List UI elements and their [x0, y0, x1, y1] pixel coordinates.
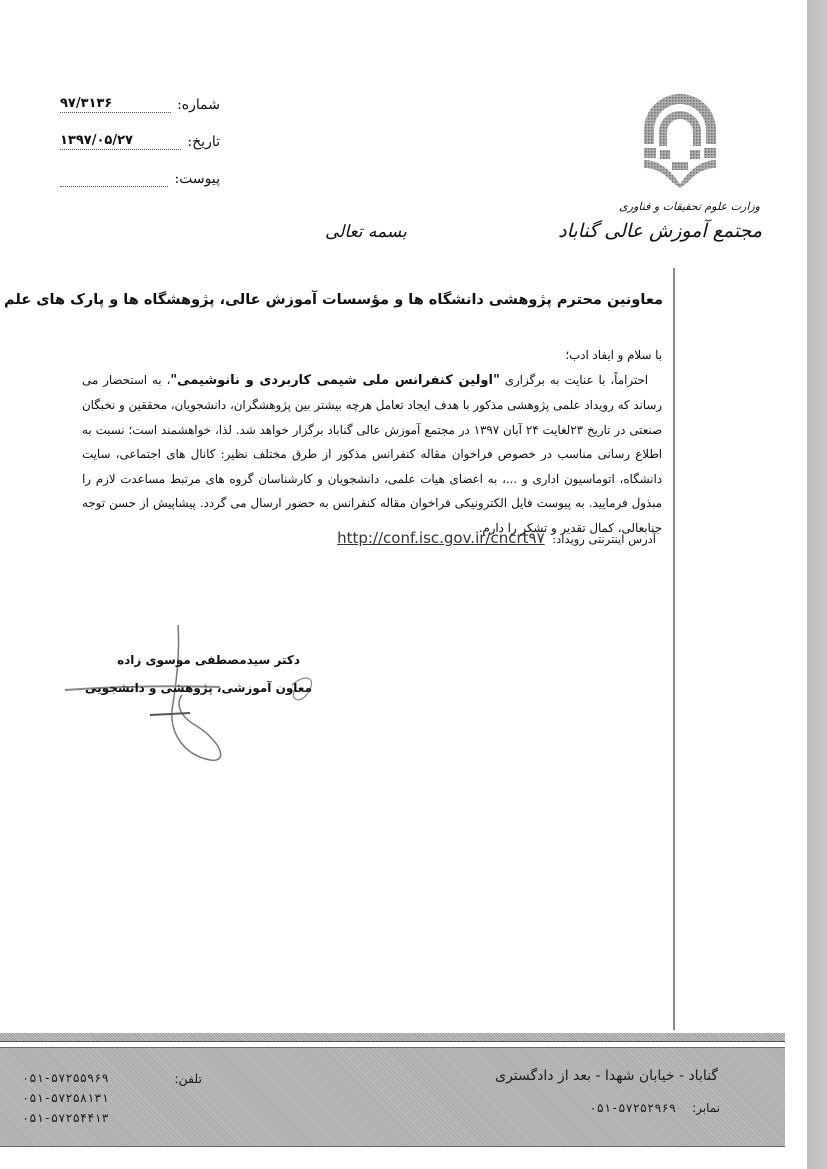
- signatory-name: دکتر سیدمصطفی موسوی زاده: [117, 653, 300, 667]
- date-label: تاریخ:: [187, 134, 220, 150]
- phone-number: ۰۵۱-۵۷۲۵۴۴۱۳: [22, 1111, 164, 1125]
- fax-label: نمابر:: [692, 1101, 720, 1115]
- number-row: شماره: ۹۷/۳۱۳۶: [60, 76, 220, 113]
- attachment-value: [60, 185, 168, 187]
- date-row: تاریخ: ۱۳۹۷/۰۵/۲۷: [60, 113, 220, 150]
- phone-number: ۰۵۱-۵۷۲۵۸۱۳۱: [22, 1091, 164, 1105]
- para-intro: احتراماً، با عنایت به برگزاری: [500, 373, 648, 387]
- footer-phones: تلفن: ۰۵۱-۵۷۲۵۵۹۶۹ ۰۵۱-۵۷۲۵۸۱۳۱ ۰۵۱-۵۷۲۵…: [22, 1068, 202, 1128]
- letter-page: شماره: ۹۷/۳۱۳۶ تاریخ: ۱۳۹۷/۰۵/۲۷ پیوست:: [0, 0, 827, 1169]
- number-label: شماره:: [177, 97, 220, 113]
- conference-name: "اولین کنفرانس ملی شیمی کاربردی و نانوشی…: [170, 373, 499, 388]
- margin-rule: [673, 268, 675, 1030]
- date-value: ۱۳۹۷/۰۵/۲۷: [60, 133, 181, 150]
- letter-meta: شماره: ۹۷/۳۱۳۶ تاریخ: ۱۳۹۷/۰۵/۲۷ پیوست:: [60, 76, 220, 187]
- institution-name: مجتمع آموزش عالی گناباد: [558, 220, 762, 242]
- phone-row: تلفن: ۰۵۱-۵۷۲۵۵۹۶۹: [22, 1068, 202, 1088]
- attachment-label: پیوست:: [174, 171, 220, 187]
- main-paragraph: احتراماً، با عنایت به برگزاری "اولین کنف…: [82, 368, 662, 541]
- signature-block: دکتر سیدمصطفی موسوی زاده معاون آموزشی، پ…: [60, 615, 320, 765]
- phone-number: ۰۵۱-۵۷۲۵۵۹۶۹: [22, 1071, 164, 1085]
- letter-body: با سلام و ایفاد ادب؛ احتراماً، با عنایت …: [82, 343, 662, 540]
- footer-address: گناباد - خیابان شهدا - بعد از دادگستری: [460, 1068, 718, 1084]
- recipient-heading: معاونین محترم پژوهشی دانشگاه ها و مؤسسات…: [95, 292, 663, 308]
- signatory-title: معاون آموزشی، پژوهشی و دانشجویی: [85, 681, 312, 695]
- para-rest: ، به استحضار می رساند که رویداد علمی پژو…: [82, 373, 662, 535]
- phone-row: ۰۵۱-۵۷۲۵۴۴۱۳: [22, 1108, 202, 1128]
- footer-fax: نمابر: ۰۵۱-۵۷۲۵۲۹۶۹: [560, 1101, 720, 1115]
- phone-label: تلفن:: [164, 1071, 202, 1086]
- ministry-name: وزارت علوم تحقیقات و فناوری: [619, 200, 760, 213]
- fax-number: ۰۵۱-۵۷۲۵۲۹۶۹: [589, 1101, 676, 1115]
- institution-logo: وزارت علوم تحقیقات و فناوری مجتمع آموزش …: [598, 88, 768, 263]
- scan-edge-shadow: [807, 0, 827, 1169]
- basmala: بسمه تعالی: [325, 222, 407, 242]
- institution-emblem-icon: [630, 88, 730, 188]
- attachment-row: پیوست:: [60, 150, 220, 187]
- event-url-link[interactable]: http://conf.isc.gov.ir/cncrt۹۷: [337, 529, 545, 547]
- event-address-label: آدرس اینترنتی رویداد:: [552, 532, 656, 546]
- greeting: با سلام و ایفاد ادب؛: [82, 343, 662, 368]
- number-value: ۹۷/۳۱۳۶: [60, 96, 171, 113]
- footer-top-stripe: [0, 1033, 785, 1042]
- phone-row: ۰۵۱-۵۷۲۵۸۱۳۱: [22, 1088, 202, 1108]
- event-address-line: آدرس اینترنتی رویداد: http://conf.isc.go…: [336, 529, 656, 547]
